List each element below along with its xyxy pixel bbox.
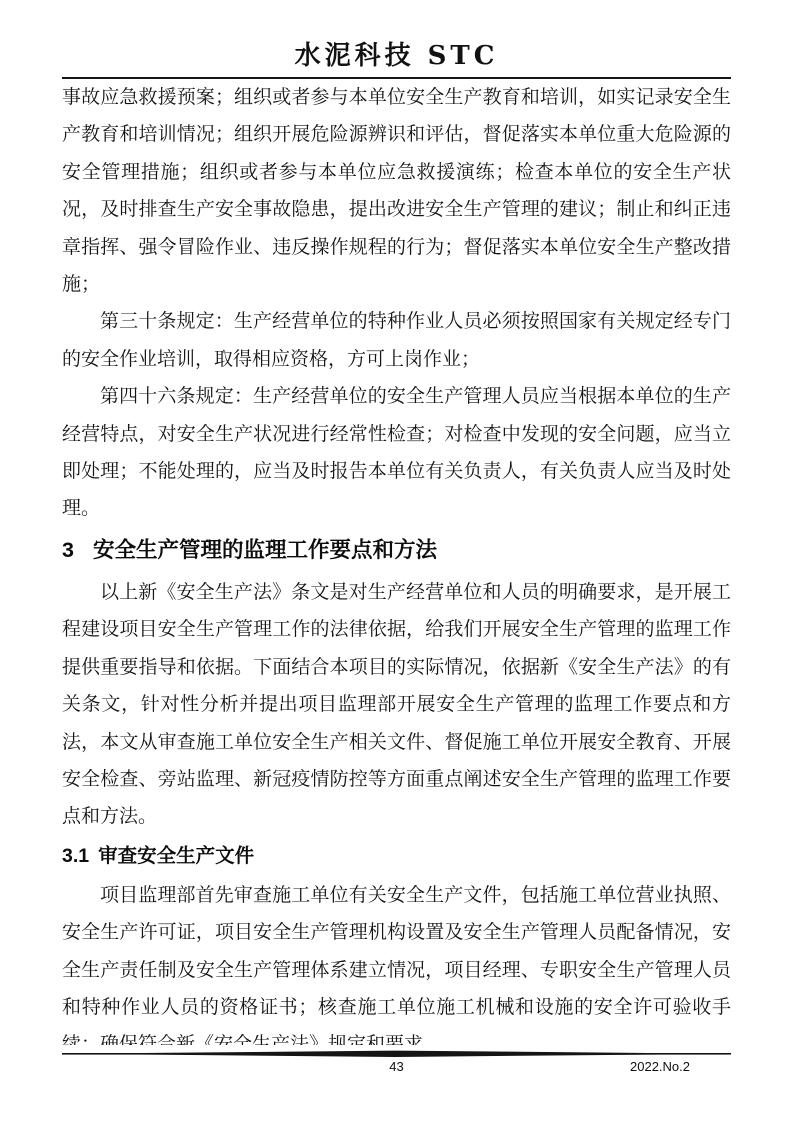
subsection-heading-3-1: 3.1审查安全生产文件: [62, 837, 731, 876]
paragraph: 以上新《安全生产法》条文是对生产经营单位和人员的明确要求，是开展工程建设项目安全…: [62, 574, 731, 836]
journal-header: 水泥科技 STC: [0, 0, 793, 79]
footer-rule: [62, 1050, 731, 1058]
section-title: 安全生产管理的监理工作要点和方法: [93, 538, 437, 562]
footer-texts: 43 2022.No.2: [62, 1059, 731, 1077]
section-heading-3: 3安全生产管理的监理工作要点和方法: [62, 530, 731, 570]
issue-number: 2022.No.2: [630, 1059, 690, 1075]
paragraph: 第四十六条规定：生产经营单位的安全生产管理人员应当根据本单位的生产经营特点，对安…: [62, 378, 731, 528]
page-footer: 43 2022.No.2: [62, 1050, 731, 1077]
section-number: 3: [62, 538, 74, 562]
document-body: 事故应急救援预案；组织或者参与本单位安全生产教育和培训，如实记录安全生产教育和培…: [62, 79, 731, 1045]
journal-title: 水泥科技 STC: [0, 0, 793, 72]
paragraph: 第三十条规定：生产经营单位的特种作业人员必须按照国家有关规定经专门的安全作业培训…: [62, 303, 731, 378]
document-page: 水泥科技 STC 事故应急救援预案；组织或者参与本单位安全生产教育和培训，如实记…: [0, 0, 793, 1122]
subsection-number: 3.1: [62, 845, 89, 867]
subsection-title: 审查安全生产文件: [98, 845, 254, 867]
paragraph: 项目监理部首先审查施工单位有关安全生产文件，包括施工单位营业执照、安全生产许可证…: [62, 877, 731, 1045]
paragraph: 事故应急救援预案；组织或者参与本单位安全生产教育和培训，如实记录安全生产教育和培…: [62, 79, 731, 303]
